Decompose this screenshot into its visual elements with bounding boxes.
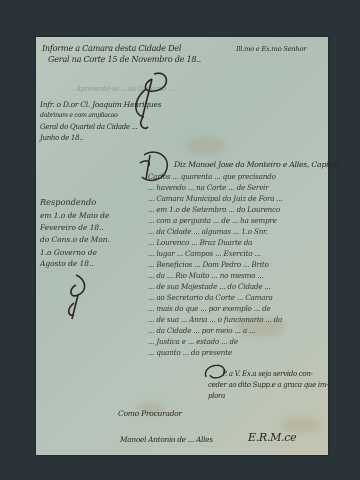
body-line: ... da Cidade ... por meio ... a ... [148,326,255,335]
header-salutation: Ill.mo e Ex.mo Senhor [236,45,306,53]
margin-note-line: Respondendo [40,197,96,207]
body-line: ... da ... Rio Muito ... no mesmo ... [148,271,264,280]
left-heading-line-3: Geral do Quartel da Cidade ... [40,123,137,131]
body-opening: Diz Manoel Jose da Monteiro e Alles, Cap… [174,160,340,169]
left-heading-line-4: Junho de 18.. [40,134,83,142]
body-line: ... de sua Majestade ... do Cidade ... [148,282,271,291]
body-line: ... em 1.o de Setembro ... do Lourenco [148,205,280,214]
manuscript-page: Informe a Camara desta Cidade Del Geral … [36,37,328,455]
petition-line: plora [208,392,225,400]
signatory-name: Manoel Antonio de ... Alles [120,435,213,444]
petition-line: P. a V. Ex.a seja servido con- [222,370,313,378]
body-line: ... com a pergunta ... de ... ha sempre [148,216,277,225]
petition-line: ceder ao dito Supp.e a graca que im- [208,381,328,389]
body-line: ... da Cidade ... algumas ... 1.o Snr. [148,227,268,236]
body-line: Carlos ... quarenta ... que precisando [148,172,276,181]
body-line: ... Camara Municipal do Juiz de Fora ... [148,194,283,203]
body-line: ... lugar ... Campos ... Exercito ... [148,249,261,258]
stain [186,137,226,155]
left-heading-line-2: dobrinam e com ampliacao [40,112,118,119]
body-line: ... quanto ... do presente [148,348,232,357]
left-heading-line-1: Infr. o D.or Cl. Joaquim Henriques [40,100,161,109]
header-line-1: Informe a Camara desta Cidade Del [42,43,181,53]
body-line: ... Beneficios ... Dom Pedro ... Brito [148,260,269,269]
body-line: ... ao Secretario da Corte ... Camara [148,293,273,302]
witness-label: Como Procurador [118,409,182,418]
faded-note: Apresente-se ... ao Governo ... [76,85,174,93]
body-line: ... Justica e ... estado ... de [148,337,238,346]
body-line: ... havendo ... na Corte ... de Servir [148,183,268,192]
margin-note-line: Agosto de 18.. [40,259,94,268]
body-line: ... de sua ... Anna ... o funcionario ..… [148,315,282,324]
margin-note-line: do Cons.o de Mon. [40,235,110,244]
body-line: ... Lourenco ... Braz Duarte da [148,238,252,247]
body-line: ... mais do que ... por exemplo ... de [148,304,271,313]
margin-note-line: Fevereiro de 18.. [40,223,104,232]
closing-abbreviation: E.R.M.ce [248,431,296,444]
margin-note-line: 1.o Governo de [40,248,97,257]
header-line-2: Geral na Corte 15 de Novembro de 18.. [48,54,201,64]
margin-note-line: em 1.o de Maio de [40,211,109,220]
margin-flourish-icon [62,273,92,323]
